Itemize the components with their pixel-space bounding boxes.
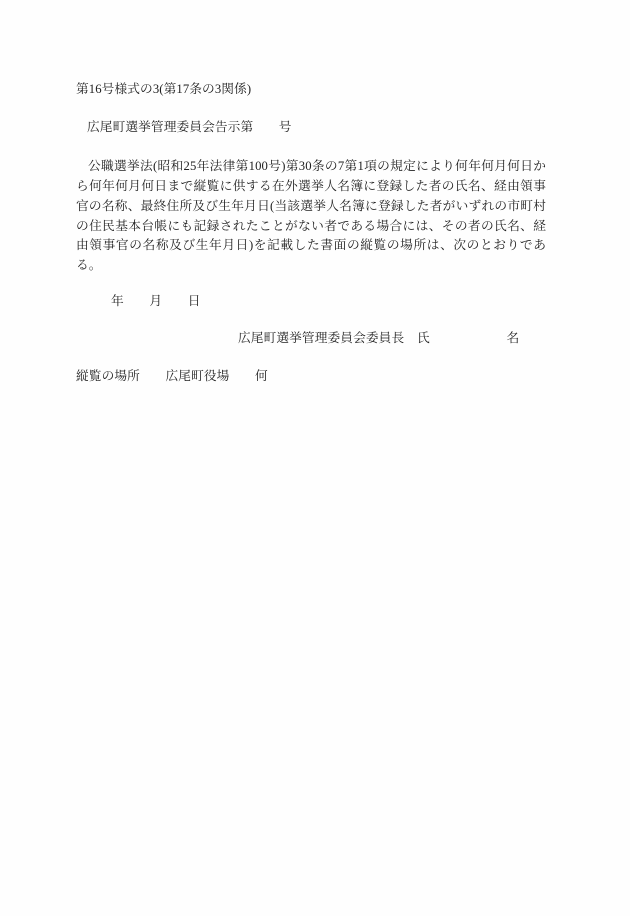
signature-line: 広尾町選挙管理委員会委員長 氏 名 (76, 329, 546, 349)
viewing-place-line: 縦覧の場所 広尾町役場 何 (76, 367, 546, 387)
document-content: 第16号様式の3(第17条の3関係) 広尾町選挙管理委員会告示第 号 公職選挙法… (76, 80, 546, 387)
document-page: 第16号様式の3(第17条の3関係) 広尾町選挙管理委員会告示第 号 公職選挙法… (0, 0, 630, 916)
notice-number-line: 広尾町選挙管理委員会告示第 号 (76, 118, 546, 138)
date-line: 年 月 日 (76, 292, 546, 312)
form-number-line: 第16号様式の3(第17条の3関係) (76, 80, 546, 100)
body-paragraph: 公職選挙法(昭和25年法律第100号)第30条の7第1項の規定により何年何月何日… (76, 157, 546, 275)
